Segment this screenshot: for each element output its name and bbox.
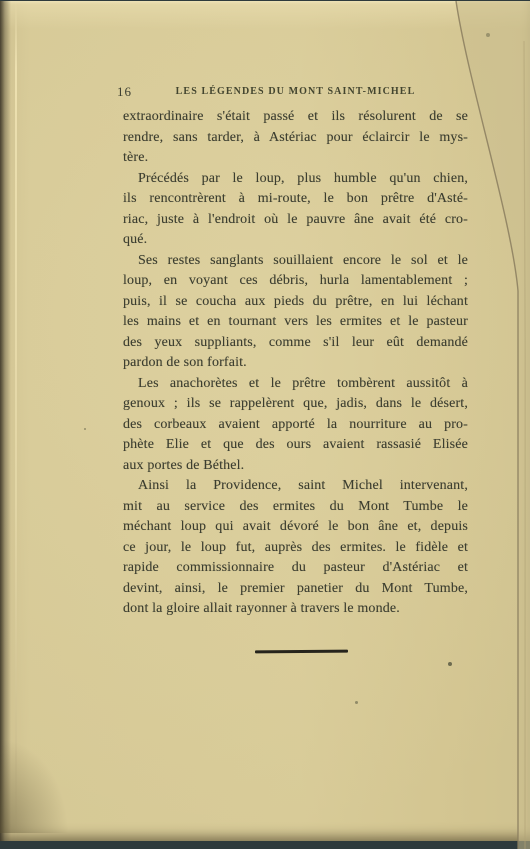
ink-speck xyxy=(448,662,452,666)
text-line: ce jour, le loup fut, auprès des ermites… xyxy=(123,538,468,559)
text-line: Les anachorètes et le prêtre tombèrent a… xyxy=(123,374,468,395)
paragraph: Les anachorètes et le prêtre tombèrent a… xyxy=(123,374,468,477)
corner-shadow xyxy=(0,703,95,833)
text-line: loup, en voyant ces débris, hurla lament… xyxy=(123,271,468,292)
text-line: rapide commissionnaire du pasteur d'Asté… xyxy=(123,558,468,579)
page-body: extraordinaire s'était passé et ils réso… xyxy=(123,107,468,620)
text-line: extraordinaire s'était passé et ils réso… xyxy=(123,107,468,128)
text-line: puis, il se coucha aux pieds du prêtre, … xyxy=(123,292,468,313)
text-line: ils rencontrèrent à mi-route, le bon prê… xyxy=(123,189,468,210)
paragraph: Ainsi la Providence, saint Michel interv… xyxy=(123,476,468,620)
paragraph: Ses restes sanglants souillaient encore … xyxy=(123,251,468,374)
paper-sheet: 16 LES LÉGENDES DU MONT SAINT-MICHEL ext… xyxy=(0,1,530,841)
text-line: mit au service des ermites du Mont Tumbe… xyxy=(123,497,468,518)
section-divider-rule xyxy=(255,650,348,654)
paragraph: extraordinaire s'était passé et ils réso… xyxy=(123,107,468,169)
text-line: aux portes de Béthel. xyxy=(123,456,468,477)
text-line: devint, ainsi, le premier panetier du Mo… xyxy=(123,579,468,600)
text-line: qué. xyxy=(123,230,468,251)
running-header-title: LES LÉGENDES DU MONT SAINT-MICHEL xyxy=(123,86,468,97)
text-line: pardon de son forfait. xyxy=(123,353,468,374)
text-line: les mains et en tournant vers les ermite… xyxy=(123,312,468,333)
text-line: phète Elie et que des ours avaient rassa… xyxy=(123,435,468,456)
ink-speck xyxy=(84,428,86,430)
scanned-book-page: { "document": { "page_number": "16", "ru… xyxy=(0,0,530,849)
text-line: dont la gloire allait rayonner à travers… xyxy=(123,599,468,620)
text-line: Ainsi la Providence, saint Michel interv… xyxy=(123,476,468,497)
text-line: riac, juste à l'endroit où le pauvre âne… xyxy=(123,210,468,231)
text-line: méchant loup qui avait dévoré le bon âne… xyxy=(123,517,468,538)
text-line: genoux ; ils se rappelèrent que, jadis, … xyxy=(123,394,468,415)
ink-speck xyxy=(486,33,490,37)
text-line: Ses restes sanglants souillaient encore … xyxy=(123,251,468,272)
text-line: Précédés par le loup, plus humble qu'un … xyxy=(123,169,468,190)
text-line: des yeux suppliants, comme s'il leur eût… xyxy=(123,333,468,354)
text-line: rendre, sans tarder, à Astériac pour écl… xyxy=(123,128,468,149)
text-line: des corbeaux avaient apporté la nourritu… xyxy=(123,415,468,436)
ink-speck xyxy=(355,701,358,704)
paragraph: Précédés par le loup, plus humble qu'un … xyxy=(123,169,468,251)
text-line: tère. xyxy=(123,148,468,169)
